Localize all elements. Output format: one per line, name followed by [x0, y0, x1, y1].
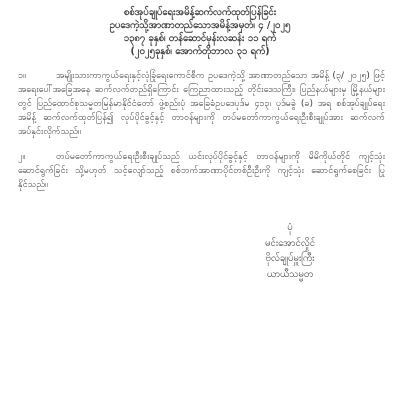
signature-seal-label: ပုံ [230, 220, 350, 236]
header-myanmar-date-line: ၁၃၈၇ ခုနှစ်၊ တန်ဆောင်မုန်းလဆန်း ၁၁ ရက် [0, 32, 400, 45]
paragraph-1: ၁။အမျိုးသားကာကွယ်ရေးနှင့်လုံခြုံရေးကောင်… [18, 69, 385, 139]
header-title-line: စစ်အုပ်ချုပ်ရေးအမိန့်ဆက်လက်ထုတ်ပြန်ခြင်း [0, 6, 400, 19]
paragraph-2-text: တပ်မတော်ကာကွယ်ရေးဦးစီးချုပ်သည် ယင်းလုပ်ပ… [18, 152, 385, 190]
paragraph-2-number: ၂။ [18, 150, 56, 164]
paragraph-2: ၂။တပ်မတော်ကာကွယ်ရေးဦးစီးချုပ်သည် ယင်းလုပ… [18, 150, 385, 192]
paragraph-1-text: အမျိုးသားကာကွယ်ရေးနှင့်လုံခြုံရေးကောင်စီ… [18, 71, 385, 137]
document-body: ၁။အမျိုးသားကာကွယ်ရေးနှင့်လုံခြုံရေးကောင်… [0, 69, 400, 192]
signatory-title: ယာယီသမ္မတ [230, 267, 350, 283]
document-header: စစ်အုပ်ချုပ်ရေးအမိန့်ဆက်လက်ထုတ်ပြန်ခြင်း… [0, 0, 400, 58]
signature-block: ပုံ မင်းအောင်လှိုင် ဗိုလ်ချုပ်မှူးကြီး ယ… [230, 220, 350, 282]
paragraph-1-number: ၁။ [18, 69, 56, 83]
header-gregorian-date-line: (၂၀၂၅ခုနှစ်၊ အောက်တိုဘာလ ၃၁ ရက်) [0, 45, 400, 58]
document-page: စစ်အုပ်ချုပ်ရေးအမိန့်ဆက်လက်ထုတ်ပြန်ခြင်း… [0, 0, 400, 400]
signatory-rank: ဗိုလ်ချုပ်မှူးကြီး [230, 251, 350, 267]
signatory-name: မင်းအောင်လှိုင် [230, 236, 350, 252]
header-order-number-line: ဥပဒေကဲ့သို့အာဏာတည်သောအမိန့်အမှတ်၊ ၄ /၂၀၂… [0, 19, 400, 32]
